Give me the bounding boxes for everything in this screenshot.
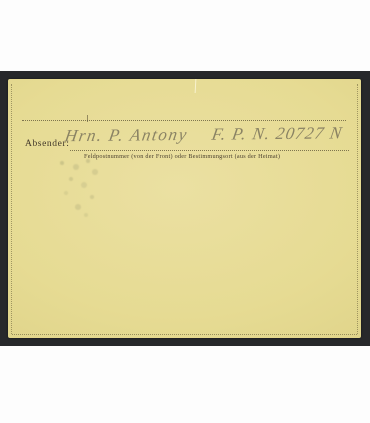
pencil-handwriting: Hrn. P. Antony F. P. N. 20727 N bbox=[8, 123, 361, 155]
handwritten-sender-name: Hrn. P. Antony bbox=[63, 125, 189, 146]
erased-postmark-smudge bbox=[60, 161, 64, 165]
feldpost-letter-card: Absender: Feldpostnummer (von der Front)… bbox=[8, 79, 361, 338]
paper-scratch bbox=[195, 79, 197, 93]
perforation-left-edge bbox=[11, 84, 12, 334]
feldpostnummer-hint-text: Feldpostnummer (von der Front) oder Best… bbox=[84, 153, 280, 160]
perforation-right-edge bbox=[357, 84, 358, 334]
handwritten-feldpost-number: F. P. N. 20727 N bbox=[210, 123, 344, 144]
dotted-line-tick-mark bbox=[87, 115, 88, 122]
scan-page: Absender: Feldpostnummer (von der Front)… bbox=[0, 0, 370, 423]
dotted-writing-line-top bbox=[22, 120, 346, 121]
perforation-bottom-edge bbox=[12, 334, 357, 335]
